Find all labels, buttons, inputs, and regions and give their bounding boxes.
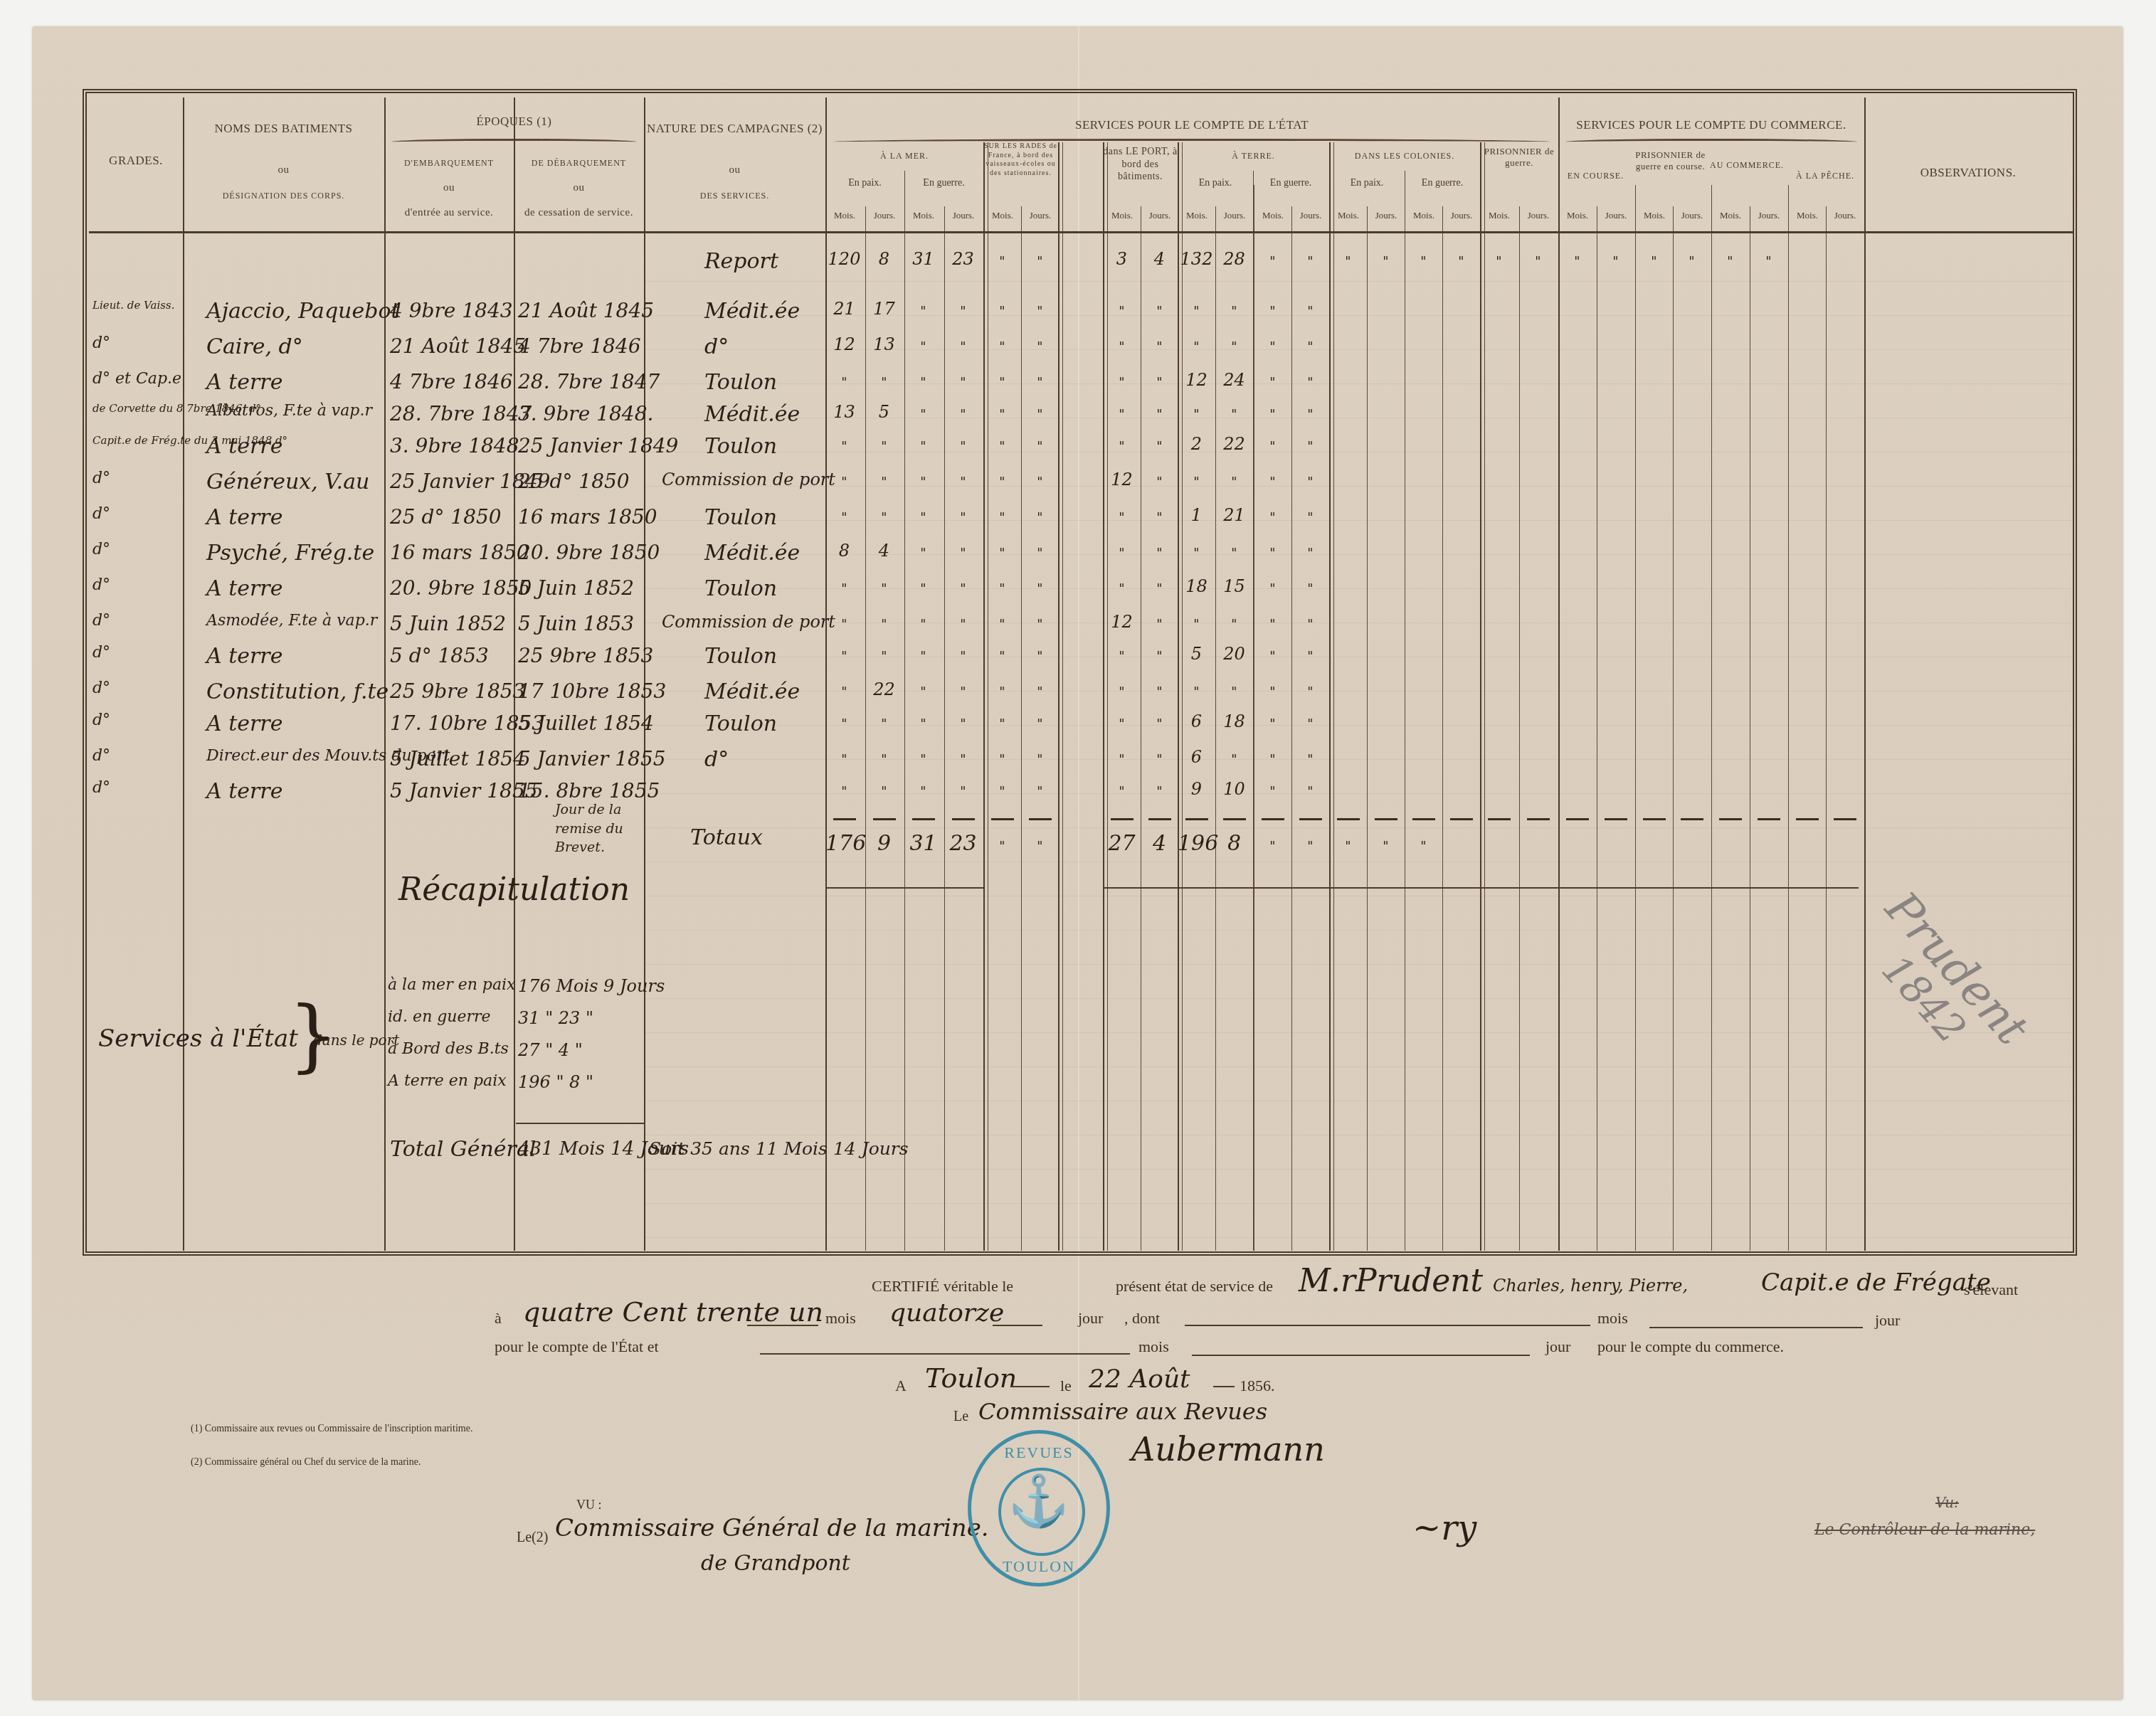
row-value-cell: " (904, 376, 942, 391)
row-value-cell: " (1254, 408, 1291, 423)
row-value-cell: " (1291, 753, 1329, 768)
fill-line (1192, 1355, 1530, 1356)
row-value-cell: " (904, 408, 942, 423)
header-nature-ou: ou (644, 164, 825, 177)
row-value-cell: " (1750, 255, 1787, 270)
row-embarquement: 16 mars 1850 (390, 541, 529, 564)
cert-name: Prudent (1356, 1263, 1483, 1299)
subheader-jours: Jours. (865, 210, 904, 221)
row-value-cell: " (1291, 511, 1329, 526)
recap-line-value: 27 " 4 " (518, 1040, 583, 1060)
row-nature: Commission de port (662, 470, 835, 489)
row-value-cell: " (1103, 717, 1141, 732)
row-value-cell: " (1254, 785, 1291, 800)
subheader-mois: Mois. (1558, 210, 1597, 221)
row-nature: Toulon (704, 505, 777, 530)
footnote-2: (2) Commissaire général ou Chef du servi… (191, 1456, 475, 1470)
row-value-cell: " (1215, 546, 1253, 561)
row-debarquement: 15. 8bre 1855 (518, 779, 660, 803)
row-grade: d° (93, 470, 110, 487)
row-value-cell: " (944, 304, 982, 319)
row-debarquement: 25 d° 1850 (518, 470, 630, 493)
header-a-terre: À TERRE. (1178, 151, 1329, 161)
subheader-jours: Jours. (1519, 210, 1558, 221)
row-batiment: Albatros, F.te à vap.r (206, 402, 372, 420)
row-value-cell: " (1103, 304, 1141, 319)
subheader-mois: Mois. (825, 210, 864, 221)
column-rule (1484, 142, 1485, 1251)
subheader-mois: Mois. (1178, 210, 1216, 221)
stamp-bottom-text: TOULON (971, 1557, 1106, 1576)
total-separator-dash (1029, 818, 1052, 820)
cert-jour-label: jour (1078, 1309, 1103, 1328)
subheader-mois: Mois. (904, 210, 943, 221)
row-value-cell: " (1254, 440, 1291, 455)
row-value-cell: 13 (825, 402, 863, 422)
row-value-cell: 132 (1178, 249, 1215, 269)
row-nature: Commission de port (662, 612, 835, 632)
subheader-mois: Mois. (1329, 210, 1368, 221)
cert-jour3: jour (1545, 1338, 1570, 1356)
row-value-cell: " (944, 408, 982, 423)
row-value-cell: " (944, 511, 982, 526)
row-embarquement: 21 Août 1845 (390, 334, 526, 358)
row-value-cell: " (1021, 785, 1059, 800)
row-value-cell: " (825, 785, 863, 800)
total-separator-dash (1111, 818, 1134, 820)
row-value-cell: " (983, 618, 1021, 632)
row-value-cell: " (1254, 753, 1291, 768)
fill-line (1213, 1386, 1235, 1387)
revues-toulon-stamp: REVUES ⚓ TOULON (968, 1430, 1110, 1587)
column-rule (384, 97, 386, 1251)
row-value-cell: " (944, 717, 982, 732)
sig-vu: VU : (576, 1498, 602, 1513)
cert-date: 22 Août (1089, 1365, 1190, 1394)
recap-line-label: à la mer en paix (388, 976, 515, 994)
header-grades: GRADES. (89, 153, 183, 168)
subheader-mois: Mois. (1635, 210, 1674, 221)
row-value-cell: 10 (1215, 779, 1253, 799)
row-value-cell: " (904, 475, 942, 490)
row-value-cell: " (983, 650, 1021, 664)
row-grade: d° (93, 541, 110, 558)
row-value-cell: 120 (825, 249, 863, 269)
row-value-cell: " (865, 582, 903, 597)
row-value-cell: " (983, 511, 1021, 526)
row-value-cell: " (1141, 753, 1178, 768)
row-value-cell: " (1141, 618, 1178, 632)
row-value-cell: " (904, 685, 942, 700)
row-batiment: Généreux, V.au (206, 470, 369, 494)
total-separator-dash (1337, 818, 1360, 820)
column-rule (1480, 142, 1481, 1251)
cert-rank: Capit.e de Frégate (1761, 1269, 1991, 1297)
row-batiment: A terre (206, 711, 282, 736)
total-value-cell: " (1329, 840, 1367, 854)
cert-jours-total: quatorze (889, 1298, 1004, 1328)
row-value-cell: " (1103, 546, 1141, 561)
row-batiment: Ajaccio, Paquebot (206, 299, 400, 324)
row-nature: Toulon (704, 711, 777, 736)
row-value-cell: " (1178, 340, 1215, 355)
column-rule (1367, 206, 1368, 1251)
row-debarquement: 16 mars 1850 (518, 505, 657, 529)
controleur-label: Le Contrôleur de la marine, (1814, 1521, 2035, 1539)
subheader-jours: Jours. (1826, 210, 1864, 221)
recap-total-rule (516, 1123, 644, 1124)
fill-line (760, 1353, 1130, 1355)
row-value-cell: " (865, 475, 903, 490)
row-value-cell: " (865, 785, 903, 800)
total-value-cell: " (1291, 840, 1329, 854)
row-nature: Toulon (704, 576, 777, 601)
stamp-top-text: REVUES (971, 1444, 1106, 1462)
cert-mois3: mois (1138, 1338, 1169, 1356)
row-value-cell: " (1215, 475, 1253, 490)
recap-dans-le-port: dans le port (313, 1032, 399, 1049)
totaux-label: Totaux (690, 825, 763, 850)
total-separator-dash (1488, 818, 1511, 820)
row-value-cell: " (1291, 618, 1329, 632)
column-rule (1519, 206, 1520, 1251)
row-nature: d° (704, 747, 729, 772)
column-rule (1597, 206, 1597, 1251)
row-batiment: Caire, d° (206, 334, 303, 359)
row-batiment: A terre (206, 505, 282, 530)
row-value-cell: " (983, 582, 1021, 597)
row-value-cell: " (825, 753, 863, 768)
total-separator-dash (952, 818, 975, 820)
subheader-jours: Jours. (1442, 210, 1481, 221)
row-value-cell: " (1215, 408, 1253, 423)
header-colonies: DANS LES COLONIES. (1329, 151, 1480, 161)
total-value-cell: 27 (1103, 831, 1141, 856)
row-value-cell: " (1021, 376, 1059, 391)
cert-mr: M.r (1299, 1263, 1356, 1299)
row-nature: Report (704, 249, 778, 274)
column-rule (1711, 185, 1712, 1251)
row-value-cell: " (1711, 255, 1749, 270)
row-value-cell: " (1215, 340, 1253, 355)
row-value-cell: " (1103, 511, 1141, 526)
row-value-cell: " (865, 376, 903, 391)
column-rule (1750, 206, 1750, 1251)
total-value-cell: 23 (944, 831, 982, 856)
total-separator-dash (1796, 818, 1819, 820)
row-batiment: A terre (206, 779, 282, 804)
fill-line (1010, 1386, 1050, 1387)
row-value-cell: " (1254, 475, 1291, 490)
row-value-cell: " (1021, 475, 1059, 490)
header-a-la-peche: À LA PÊCHE. (1786, 171, 1864, 181)
recap-title: Récapitulation (398, 872, 630, 908)
cert-certifie: CERTIFIÉ véritable le (872, 1277, 1013, 1296)
row-value-cell: " (825, 717, 863, 732)
row-value-cell: " (1103, 650, 1141, 664)
row-value-cell: " (983, 753, 1021, 768)
row-value-cell: " (1141, 304, 1178, 319)
subheader-en-paix: En paix. (825, 178, 904, 189)
sig-commissaire-revues: Commissaire aux Revues (978, 1398, 1267, 1425)
fill-line (993, 1325, 1042, 1326)
header-en-course: EN COURSE. (1558, 171, 1633, 181)
row-value-cell: " (1141, 582, 1178, 597)
header-compte-commerce: SERVICES POUR LE COMPTE DU COMMERCE. (1558, 117, 1864, 132)
row-debarquement: 25 Janvier 1849 (518, 434, 678, 457)
subheader-en-paix: En paix. (1329, 178, 1405, 189)
row-value-cell: " (1254, 304, 1291, 319)
row-value-cell: " (1141, 511, 1178, 526)
row-value-cell: " (825, 685, 863, 700)
row-value-cell: " (983, 717, 1021, 732)
column-rule (904, 171, 905, 1251)
row-value-cell: " (1291, 408, 1329, 423)
subheader-mois: Mois. (1788, 210, 1827, 221)
column-rule (1333, 142, 1334, 1251)
header-entree-service: d'entrée au service. (384, 206, 514, 220)
controleur-vu: Vu: (1935, 1494, 1959, 1511)
row-embarquement: 4 9bre 1843 (390, 299, 513, 322)
totals-underline (825, 887, 983, 889)
row-value-cell: 22 (1215, 434, 1253, 454)
header-port: dans LE PORT, à bord des bâtiments. (1103, 146, 1178, 184)
row-value-cell: " (865, 650, 903, 664)
row-grade: d° (93, 711, 110, 729)
column-rule (825, 97, 827, 1251)
subheader-en-guerre: En guerre. (1405, 178, 1480, 189)
row-value-cell: " (983, 255, 1021, 270)
column-rule (1635, 185, 1636, 1251)
cert-le: le (1060, 1377, 1072, 1395)
row-value-cell: " (1021, 340, 1059, 355)
totals-underline (1103, 887, 1859, 889)
row-value-cell: " (944, 785, 982, 800)
total-value-cell: 196 (1178, 831, 1215, 856)
column-rule (1442, 206, 1443, 1251)
note-remise-brevet: Jour de la remise du Brevet. (555, 800, 640, 857)
cert-firstnames: Charles, henry, Pierre, (1493, 1276, 1688, 1296)
subheader-en-guerre: En guerre. (904, 178, 983, 189)
row-value-cell: " (983, 685, 1021, 700)
row-value-cell: 8 (865, 249, 903, 269)
total-separator-dash (1299, 818, 1322, 820)
row-value-cell: 20 (1215, 644, 1253, 664)
row-value-cell: " (904, 618, 942, 632)
recap-line-label: à Bord des B.ts (388, 1040, 509, 1058)
row-value-cell: " (904, 753, 942, 768)
header-debarquement: DE DÉBARQUEMENT (514, 158, 644, 169)
fill-line (1649, 1327, 1863, 1328)
row-value-cell: " (904, 582, 942, 597)
row-value-cell: " (1141, 440, 1178, 455)
row-value-cell: " (1291, 685, 1329, 700)
row-value-cell: " (1141, 408, 1178, 423)
row-value-cell: " (825, 582, 863, 597)
total-separator-dash (1185, 818, 1208, 820)
row-value-cell: " (865, 511, 903, 526)
fill-line (747, 1325, 818, 1326)
row-value-cell: " (1442, 255, 1480, 270)
total-value-cell: " (1367, 840, 1405, 854)
row-value-cell: " (1021, 255, 1059, 270)
column-rule (1405, 171, 1405, 1251)
cert-mois2: mois (1597, 1309, 1628, 1328)
row-value-cell: " (1021, 440, 1059, 455)
row-value-cell: " (904, 717, 942, 732)
header-prisonnier-course: PRISONNIER de guerre en course. (1633, 149, 1708, 173)
row-value-cell: 4 (1141, 249, 1178, 269)
row-value-cell: " (983, 785, 1021, 800)
row-value-cell: " (1215, 304, 1253, 319)
row-value-cell: " (904, 650, 942, 664)
row-batiment: A terre (206, 370, 282, 395)
row-value-cell: " (1291, 340, 1329, 355)
recap-line-label: A terre en paix (388, 1072, 507, 1090)
header-embarquement-ou: ou (384, 181, 514, 195)
row-value-cell: " (944, 582, 982, 597)
row-value-cell: " (825, 440, 863, 455)
row-value-cell: " (1254, 650, 1291, 664)
subheader-jours: Jours. (944, 210, 983, 221)
row-value-cell: " (983, 376, 1021, 391)
row-grade: d° (93, 576, 110, 594)
total-separator-dash (1758, 818, 1780, 820)
row-batiment: Psyché, Frég.te (206, 541, 374, 566)
row-value-cell: " (1103, 408, 1141, 423)
row-value-cell: 22 (865, 679, 903, 699)
header-des-services: DES SERVICES. (644, 191, 825, 201)
row-value-cell: " (1291, 785, 1329, 800)
row-value-cell: " (1141, 546, 1178, 561)
row-value-cell: " (1103, 753, 1141, 768)
row-value-cell: " (944, 685, 982, 700)
row-value-cell: " (1141, 650, 1178, 664)
row-grade: d° (93, 334, 110, 352)
row-value-cell: 6 (1178, 747, 1215, 767)
row-value-cell: " (1021, 546, 1059, 561)
subheader-jours: Jours. (1750, 210, 1788, 221)
header-bottom-rule (89, 231, 2074, 233)
recap-line-value: 176 Mois 9 Jours (518, 976, 665, 996)
row-value-cell: " (1021, 304, 1059, 319)
row-embarquement: 5 Juin 1852 (390, 612, 506, 635)
row-value-cell: " (1291, 717, 1329, 732)
row-value-cell: " (1673, 255, 1711, 270)
row-value-cell: " (1291, 255, 1329, 270)
row-value-cell: " (865, 717, 903, 732)
row-debarquement: 28. 7bre 1847 (518, 370, 660, 393)
row-value-cell: " (983, 440, 1021, 455)
row-debarquement: 4 7bre 1846 (518, 334, 641, 358)
row-value-cell: " (944, 546, 982, 561)
total-separator-dash (1262, 818, 1284, 820)
total-separator-dash (1412, 818, 1435, 820)
row-nature: Toulon (704, 434, 777, 459)
row-value-cell: " (1021, 582, 1059, 597)
total-separator-dash (991, 818, 1014, 820)
row-value-cell: 12 (1103, 470, 1141, 489)
row-value-cell: " (1178, 304, 1215, 319)
total-separator-dash (873, 818, 896, 820)
row-value-cell: " (983, 475, 1021, 490)
row-value-cell: 18 (1178, 576, 1215, 596)
row-value-cell: " (865, 618, 903, 632)
row-nature: Médit.ée (704, 402, 800, 427)
header-rades: SUR LES RADES de France, à bord des vais… (983, 142, 1058, 178)
row-value-cell: " (1254, 546, 1291, 561)
row-value-cell: " (983, 340, 1021, 355)
row-value-cell: " (865, 440, 903, 455)
row-value-cell: " (983, 408, 1021, 423)
row-embarquement: 5 d° 1853 (390, 644, 489, 667)
sig-commissaire-general: Commissaire Général de la marine. (555, 1514, 989, 1542)
row-value-cell: 12 (825, 334, 863, 354)
total-value-cell: 176 (825, 831, 863, 856)
row-embarquement: 25 9bre 1853 (390, 679, 525, 703)
signature-aubermann: Aubermann (1131, 1430, 1325, 1468)
row-value-cell: " (904, 546, 942, 561)
header-au-commerce: AU COMMERCE. (1708, 160, 1786, 171)
row-value-cell: 5 (865, 402, 903, 422)
row-value-cell: " (944, 753, 982, 768)
row-value-cell: " (1291, 650, 1329, 664)
row-value-cell: " (1178, 546, 1215, 561)
header-noms: NOMS DES BATIMENTS (183, 121, 384, 136)
row-value-cell: " (944, 475, 982, 490)
row-value-cell: " (1178, 685, 1215, 700)
cert-dont: , dont (1124, 1309, 1160, 1328)
header-noms-ou: ou (183, 164, 384, 177)
total-separator-dash (1527, 818, 1550, 820)
row-value-cell: " (1141, 340, 1178, 355)
header-compte-etat: SERVICES POUR LE COMPTE DE L'ÉTAT (825, 117, 1558, 132)
total-separator-dash (1643, 818, 1666, 820)
header-observations: OBSERVATIONS. (1864, 165, 2072, 180)
row-value-cell: " (944, 440, 982, 455)
row-value-cell: " (944, 650, 982, 664)
row-value-cell: " (1103, 440, 1141, 455)
row-value-cell: " (983, 546, 1021, 561)
row-value-cell: " (825, 376, 863, 391)
total-value-cell: 9 (865, 831, 903, 856)
row-value-cell: 23 (944, 249, 982, 269)
subheader-jours: Jours. (1021, 210, 1059, 221)
subheader-jours: Jours. (1673, 210, 1711, 221)
row-value-cell: " (1141, 376, 1178, 391)
row-embarquement: 4 7bre 1846 (390, 370, 513, 393)
row-grade: Lieut. de Vaiss. (93, 299, 174, 312)
row-value-cell: " (1141, 785, 1178, 800)
signature-paraph: ~ry (1412, 1508, 1476, 1548)
total-value-cell: 8 (1215, 831, 1253, 856)
row-embarquement: 5 Juillet 1854 (390, 747, 526, 770)
row-value-cell: 2 (1178, 434, 1215, 454)
total-separator-dash (1375, 818, 1397, 820)
row-value-cell: " (904, 440, 942, 455)
row-value-cell: " (1254, 685, 1291, 700)
row-nature: Toulon (704, 644, 777, 669)
recap-total-label: Total Général (390, 1137, 536, 1162)
row-batiment: A terre (206, 434, 282, 459)
row-value-cell: " (944, 618, 982, 632)
total-value-cell: 31 (904, 831, 942, 856)
row-value-cell: " (904, 511, 942, 526)
row-value-cell: " (1021, 650, 1059, 664)
row-value-cell: 18 (1215, 711, 1253, 731)
footnote-1: (1) Commissaire aux revues ou Commissair… (191, 1423, 475, 1436)
row-value-cell: " (865, 753, 903, 768)
